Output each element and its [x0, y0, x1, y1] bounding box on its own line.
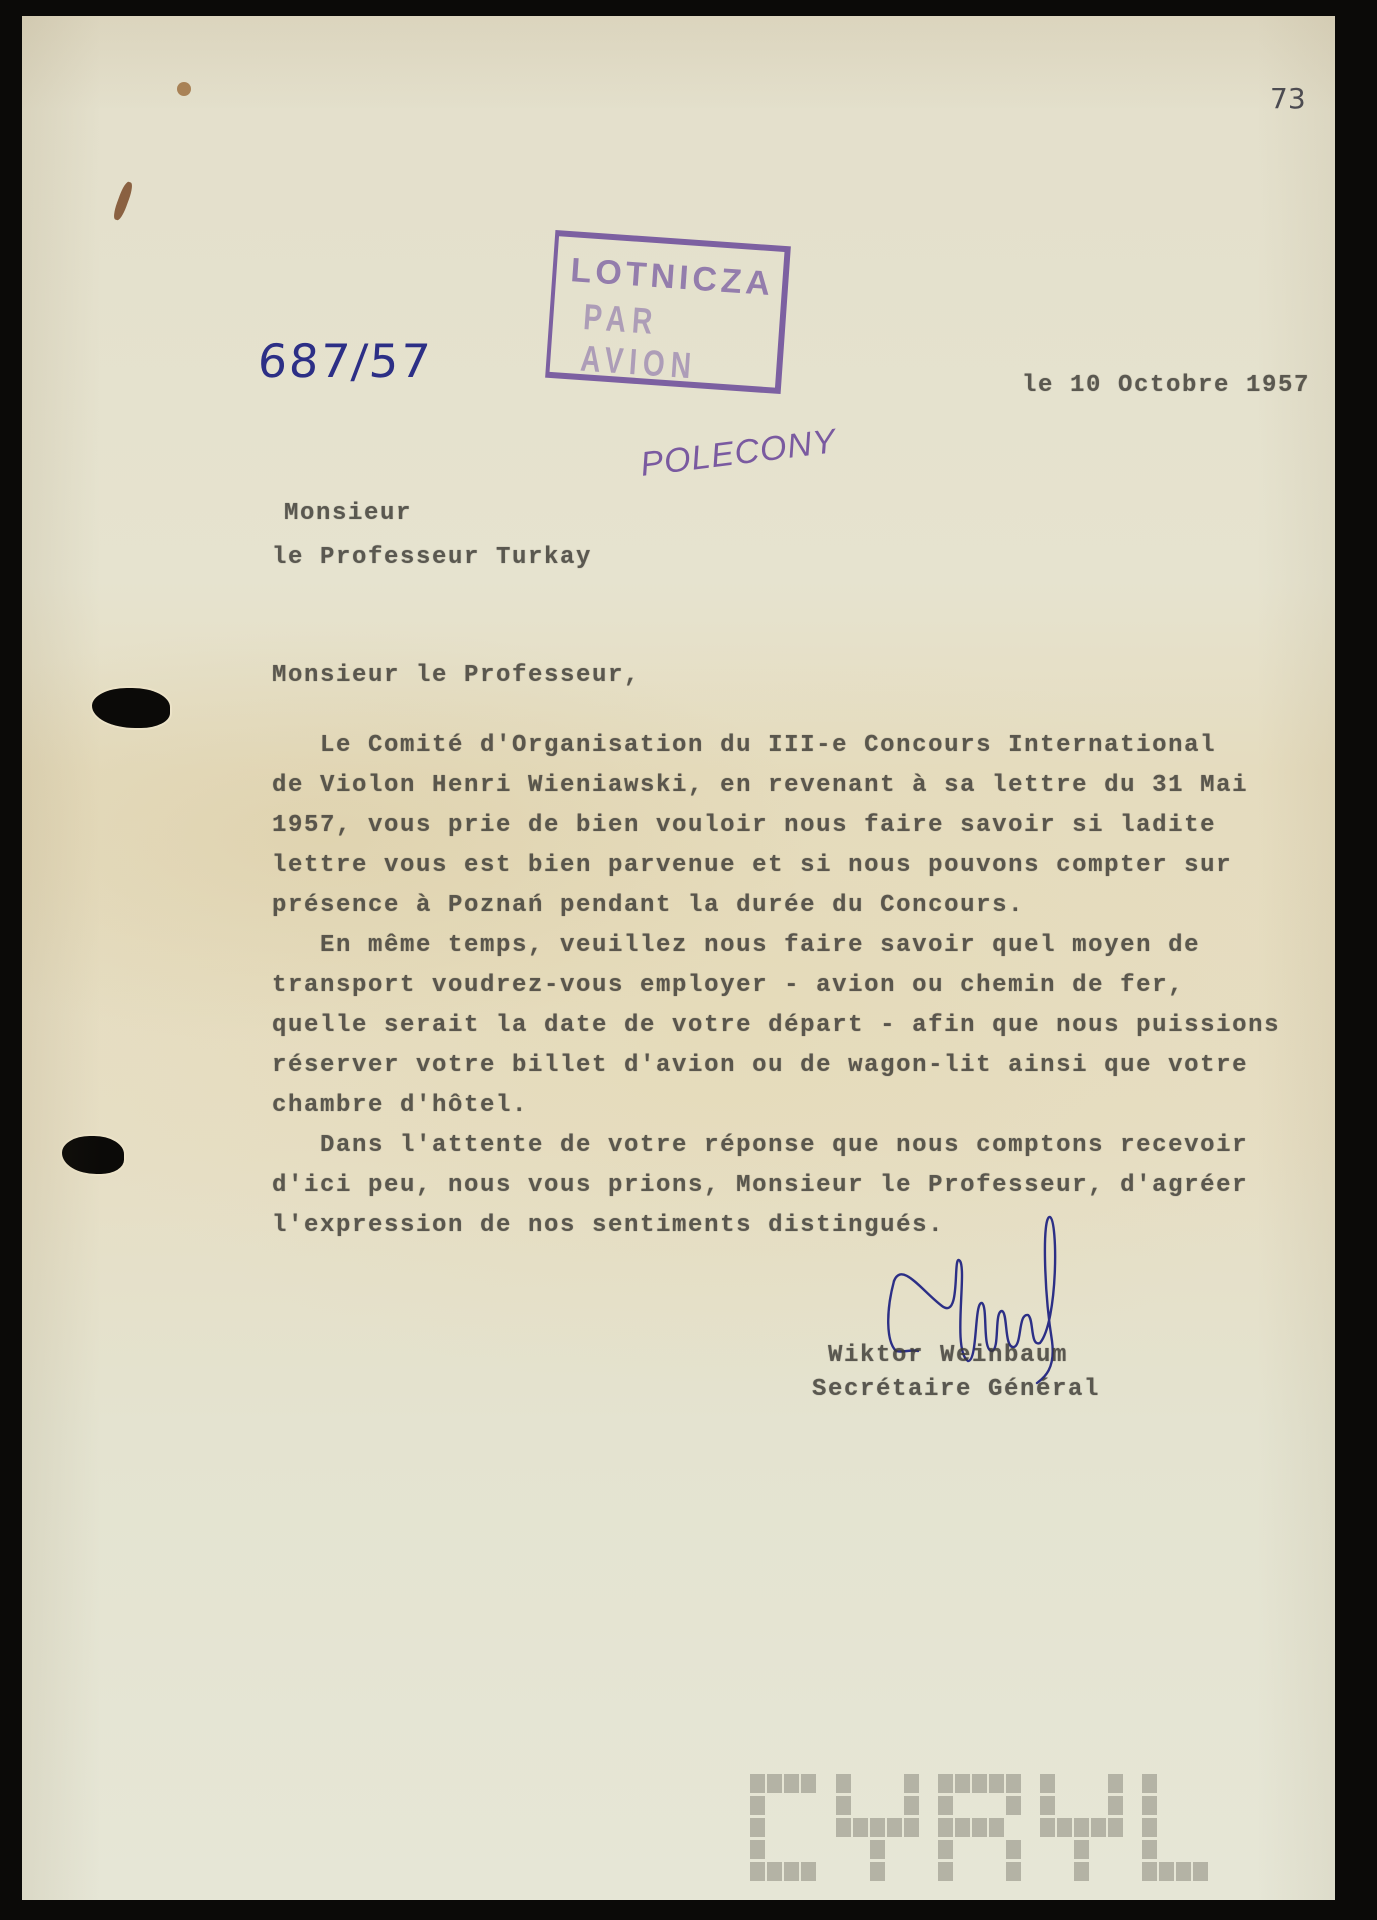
salutation: Monsieur le Professeur,: [272, 662, 640, 689]
body-line: d'ici peu, nous vous prions, Monsieur le…: [272, 1172, 1248, 1199]
body-line: présence à Poznań pendant la durée du Co…: [272, 892, 1024, 919]
page-number: 73: [1270, 82, 1306, 115]
rust-stain: [177, 82, 191, 96]
signatory-name: Wiktor Weinbaum: [828, 1342, 1068, 1369]
letter-page: 73 LOTNICZA PAR AVION 687/57 le 10 Octob…: [22, 16, 1335, 1900]
body-line: Dans l'attente de votre réponse que nous…: [272, 1132, 1248, 1159]
body-line: l'expression de nos sentiments distingué…: [272, 1212, 944, 1239]
airmail-stamp: LOTNICZA PAR AVION: [545, 230, 791, 394]
punch-hole-top: [92, 688, 170, 728]
rust-stain: [111, 180, 134, 221]
recipient-line-2: le Professeur Turkay: [272, 544, 592, 571]
reference-number: 687/57: [256, 334, 434, 388]
body-line: lettre vous est bien parvenue et si nous…: [272, 852, 1232, 879]
body-line: Le Comité d'Organisation du III-e Concou…: [272, 732, 1216, 759]
body-line: chambre d'hôtel.: [272, 1092, 528, 1119]
registered-stamp: POLECONY: [638, 422, 838, 485]
body-line: transport voudrez-vous employer - avion …: [272, 972, 1184, 999]
body-line: quelle serait la date de votre départ - …: [272, 1012, 1280, 1039]
body-line: réserver votre billet d'avion ou de wago…: [272, 1052, 1248, 1079]
body-line: En même temps, veuillez nous faire savoi…: [272, 932, 1200, 959]
recipient-line-1: Monsieur: [284, 500, 412, 527]
body-line: de Violon Henri Wieniawski, en revenant …: [272, 772, 1248, 799]
letter-date: le 10 Octobre 1957: [1022, 372, 1310, 399]
body-line: 1957, vous prie de bien vouloir nous fai…: [272, 812, 1216, 839]
stamp-text-lotnicza: LOTNICZA: [569, 251, 775, 304]
stamp-text-par-avion: PAR AVION: [579, 297, 780, 394]
punch-hole-bottom: [62, 1136, 124, 1174]
signatory-title: Secrétaire Général: [812, 1376, 1100, 1403]
